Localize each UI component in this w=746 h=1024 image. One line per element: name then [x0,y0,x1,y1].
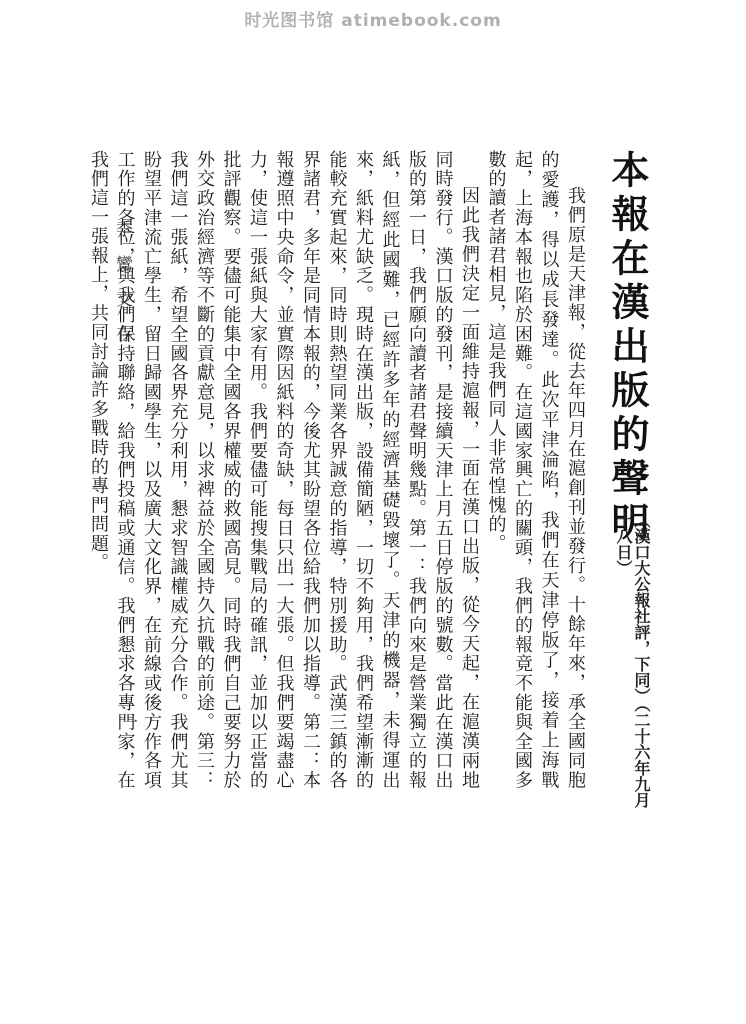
article-subtitle: （漢口大公報社評，下同）（二十六年九月十八日） [614,512,650,812]
paragraph: 我們原是天津報，從去年四月在滬創刊並發行。十餘年來，承全國同胞的愛護，得以成長發… [482,150,588,790]
running-title: 季鸞文存 [110,220,135,360]
book-page: 本報在漢出版的聲明 （漢口大公報社評，下同）（二十六年九月十八日） 我們原是天津… [110,150,650,950]
article-title: 本報在漢出版的聲明 [604,150,650,546]
article-body: 我們原是天津報，從去年四月在滬創刊並發行。十餘年來，承全國同胞的愛護，得以成長發… [85,150,589,790]
watermark: 时光图书馆 atimebook.com [0,6,746,31]
page-number: 一 [122,710,138,733]
paragraph: 因此我們決定一面維持滬報，一面在漢口出版，從今天起，在滬漢兩地同時發行。漢口版的… [85,150,483,790]
